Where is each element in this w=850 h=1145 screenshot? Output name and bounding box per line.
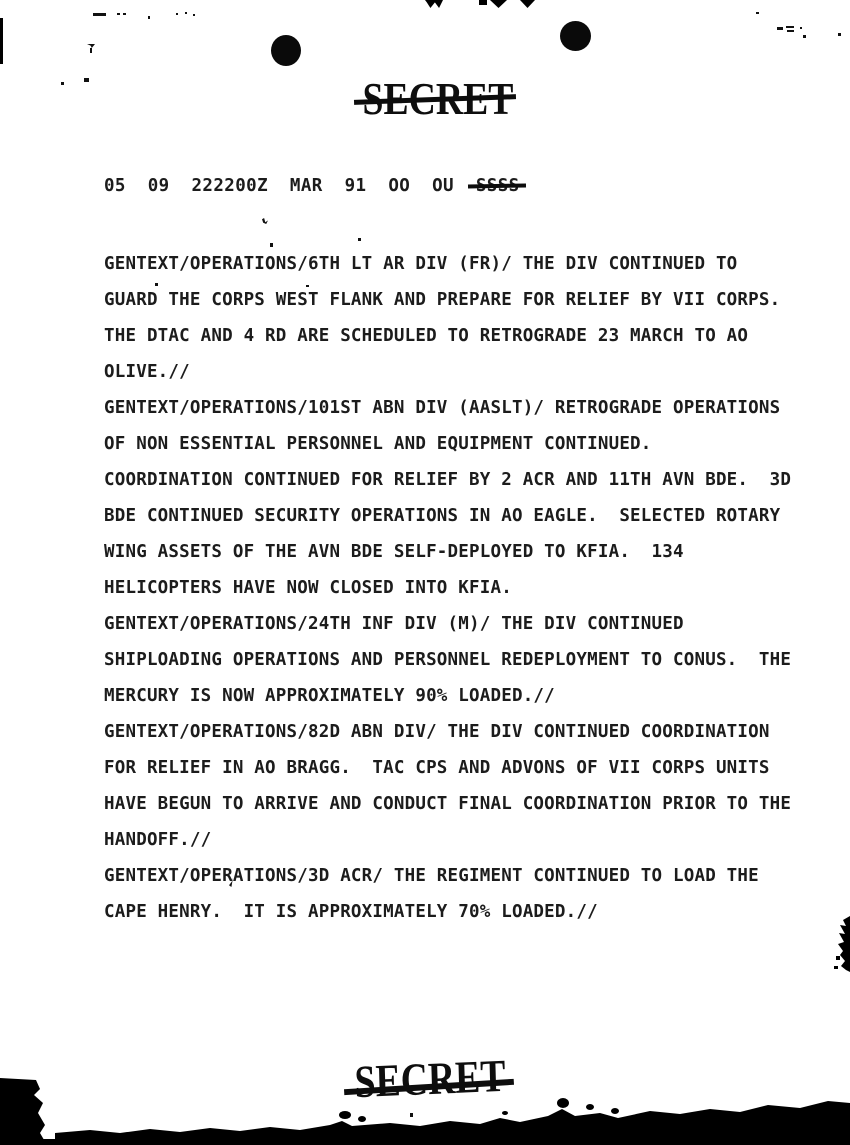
document-line: GENTEXT/OPERATIONS/3D ACR/ THE REGIMENT … (104, 858, 791, 894)
document-line: THE DTAC AND 4 RD ARE SCHEDULED TO RETRO… (104, 318, 791, 354)
document-line: HAVE BEGUN TO ARRIVE AND CONDUCT FINAL C… (104, 786, 791, 822)
document-line: HELICOPTERS HAVE NOW CLOSED INTO KFIA. (104, 570, 791, 606)
hole-punch (271, 35, 301, 66)
scan-edge-artifact (0, 18, 3, 64)
scanned-document-page: SECRET 05 09 222200Z MAR 91 OO OU SSSS G… (0, 0, 850, 1145)
header-groups: 05 09 222200Z MAR 91 OO OU (104, 176, 476, 196)
hole-punch (560, 21, 591, 51)
document-line: OF NON ESSENTIAL PERSONNEL AND EQUIPMENT… (104, 426, 791, 462)
scan-speck (90, 48, 92, 53)
scan-speck (193, 14, 195, 16)
scan-speck (117, 13, 120, 15)
scan-artifact (490, 0, 507, 8)
scan-speck (787, 30, 794, 32)
scan-speck (185, 12, 187, 14)
scan-ink-blob (828, 908, 850, 980)
scan-speck (93, 13, 106, 16)
message-header-line: 05 09 222200Z MAR 91 OO OU SSSS (104, 176, 520, 196)
torn-edge-artifact (0, 1075, 850, 1145)
scan-speck (262, 218, 268, 224)
scan-speck (358, 238, 361, 241)
scan-speck (61, 82, 64, 85)
document-line: COORDINATION CONTINUED FOR RELIEF BY 2 A… (104, 462, 791, 498)
document-line: MERCURY IS NOW APPROXIMATELY 90% LOADED.… (104, 678, 791, 714)
message-body: GENTEXT/OPERATIONS/6TH LT AR DIV (FR)/ T… (104, 246, 791, 930)
scan-speck (786, 26, 794, 28)
document-line: GUARD THE CORPS WEST FLANK AND PREPARE F… (104, 282, 791, 318)
scan-speck (777, 27, 783, 30)
document-line: OLIVE.// (104, 354, 791, 390)
scan-speck (803, 35, 806, 38)
document-line: GENTEXT/OPERATIONS/82D ABN DIV/ THE DIV … (104, 714, 791, 750)
document-line: FOR RELIEF IN AO BRAGG. TAC CPS AND ADVO… (104, 750, 791, 786)
scan-speck (84, 78, 89, 82)
document-line: CAPE HENRY. IT IS APPROXIMATELY 70% LOAD… (104, 894, 791, 930)
scan-artifact (479, 0, 487, 5)
scan-artifact (520, 0, 535, 8)
document-line: SHIPLOADING OPERATIONS AND PERSONNEL RED… (104, 642, 791, 678)
scan-artifact (425, 0, 443, 8)
scan-speck (838, 33, 841, 36)
document-line: GENTEXT/OPERATIONS/6TH LT AR DIV (FR)/ T… (104, 246, 791, 282)
scan-speck (756, 12, 759, 14)
scan-speck (176, 13, 178, 15)
document-line: BDE CONTINUED SECURITY OPERATIONS IN AO … (104, 498, 791, 534)
document-line: GENTEXT/OPERATIONS/24TH INF DIV (M)/ THE… (104, 606, 791, 642)
scan-speck (800, 27, 802, 29)
scan-speck (123, 13, 126, 15)
scan-speck (148, 16, 150, 19)
document-line: HANDOFF.// (104, 822, 791, 858)
document-line: GENTEXT/OPERATIONS/101ST ABN DIV (AASLT)… (104, 390, 791, 426)
header-struck-classification: SSSS (476, 176, 520, 196)
document-line: WING ASSETS OF THE AVN BDE SELF-DEPLOYED… (104, 534, 791, 570)
